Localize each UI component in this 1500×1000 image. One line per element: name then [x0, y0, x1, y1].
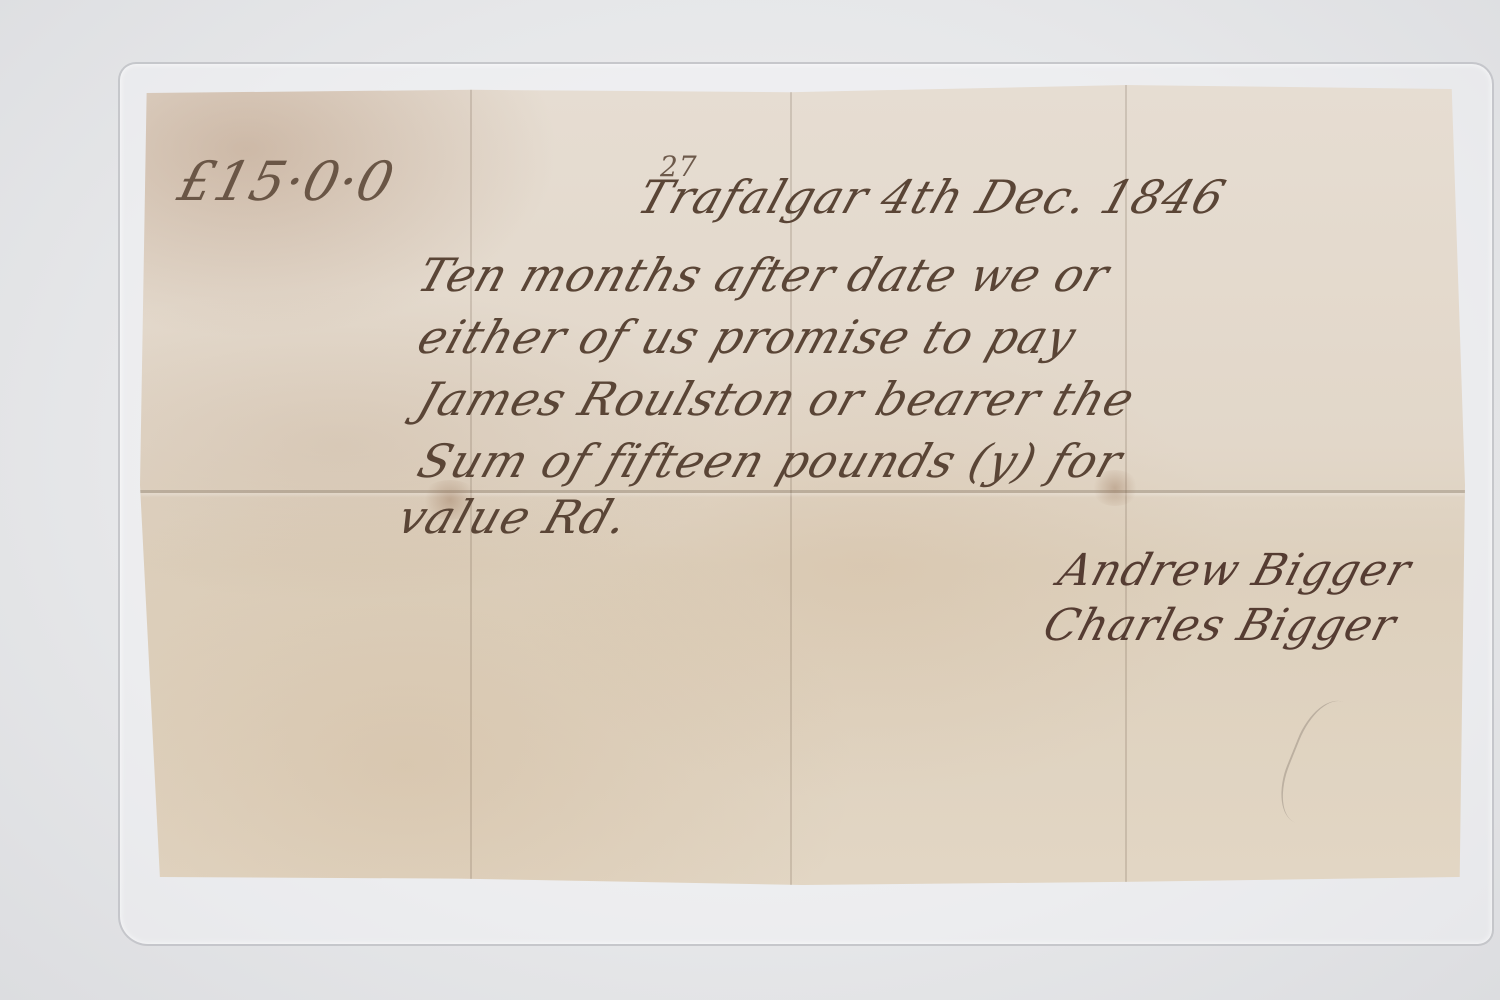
amount-text: £15·0·0 [172, 150, 401, 213]
place-date-line: Trafalgar 4th Dec. 1846 [631, 170, 1232, 224]
signature-andrew-bigger: Andrew Bigger [1053, 545, 1417, 596]
body-line-4: Sum of fifteen pounds (y) for [411, 434, 1129, 488]
body-line-2: either of us promise to pay [411, 310, 1083, 364]
body-line-5: value Rd. [391, 490, 636, 544]
body-line-3: James Roulston or bearer the [411, 372, 1142, 426]
body-line-1: Ten months after date we or [411, 248, 1116, 302]
fold-line-horizontal [140, 490, 1465, 493]
signature-charles-bigger: Charles Bigger [1038, 600, 1402, 651]
